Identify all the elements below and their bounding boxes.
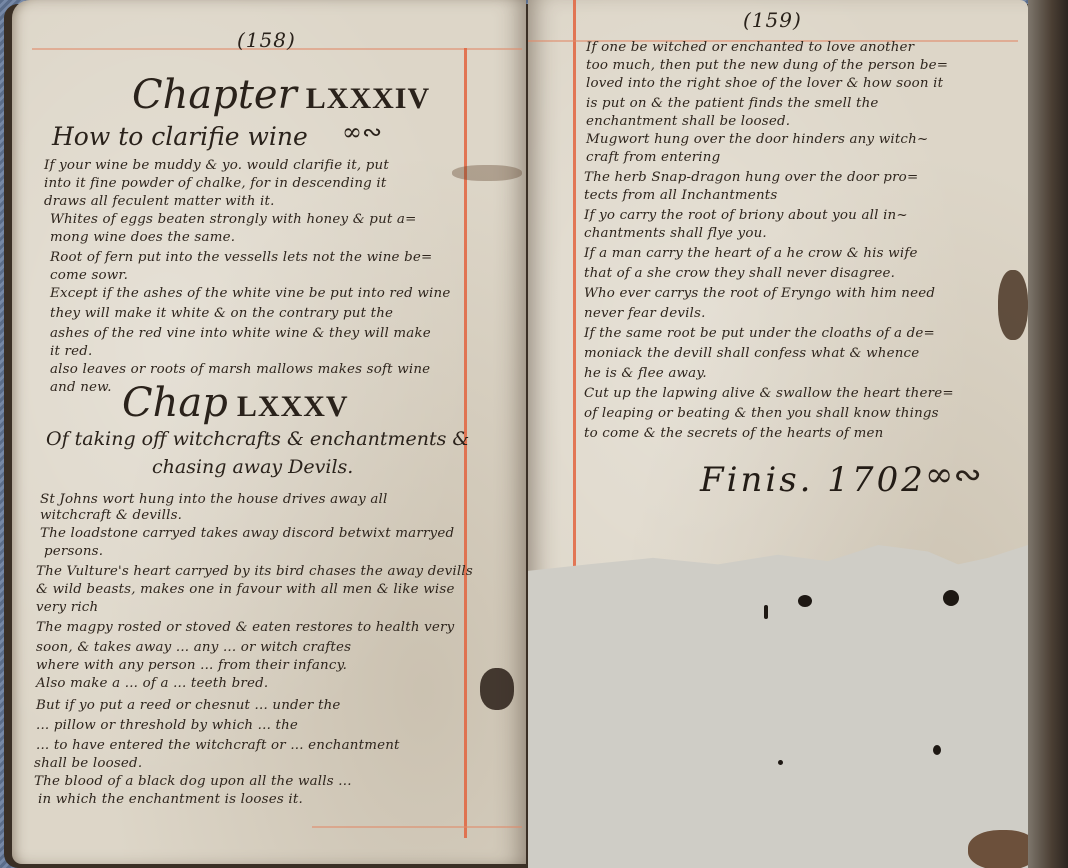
- ink-blot: [480, 668, 514, 710]
- left-margin-rule: [573, 0, 576, 570]
- page-number: (158): [237, 28, 296, 52]
- text-line: and new.: [50, 380, 112, 395]
- text-line: The Vulture's heart carryed by its bird …: [36, 564, 473, 579]
- text-line: come sowr.: [50, 268, 128, 283]
- chapter-numeral: LXXXIV: [306, 82, 430, 115]
- flourish-ornament-icon: ∞∾: [342, 118, 382, 146]
- water-stain: [452, 165, 522, 181]
- chapter-numeral: LXXXV: [237, 390, 349, 423]
- text-line: very rich: [36, 600, 98, 615]
- text-line: If a man carry the heart of a he crow & …: [584, 246, 918, 261]
- finis-closing: Finis. 1702: [700, 460, 926, 500]
- section-title: How to clarifie wine: [52, 122, 308, 151]
- text-line: moniack the devill shall confess what & …: [584, 346, 919, 361]
- text-line: into it fine powder of chalke, for in de…: [44, 176, 386, 191]
- text-line: he is & flee away.: [584, 366, 707, 381]
- text-line: that of a she crow they shall never disa…: [584, 266, 895, 281]
- section-title-line-2: chasing away Devils.: [152, 456, 353, 478]
- text-line: it red.: [50, 344, 92, 359]
- text-line: & wild beasts, makes one in favour with …: [36, 582, 455, 597]
- text-line: also leaves or roots of marsh mallows ma…: [50, 362, 430, 377]
- text-line: If one be witched or enchanted to love a…: [586, 40, 914, 55]
- chapter-heading-85: Chap LXXXV: [122, 380, 349, 426]
- text-line: loved into the right shoe of the lover &…: [586, 76, 943, 91]
- text-line: Except if the ashes of the white vine be…: [50, 286, 450, 301]
- bottom-margin-rule: [312, 826, 522, 828]
- text-line: If your wine be muddy & yo. would clarif…: [44, 158, 389, 173]
- text-line: is put on & the patient finds the smell …: [586, 96, 879, 111]
- text-line: too much, then put the new dung of the p…: [586, 58, 948, 73]
- text-line: craft from entering: [586, 150, 720, 165]
- text-line: Whites of eggs beaten strongly with hone…: [50, 212, 417, 227]
- text-line: St Johns wort hung into the house drives…: [40, 492, 388, 507]
- left-page: (158) Chapter LXXXIV How to clarifie win…: [12, 0, 526, 864]
- text-line: Also make a ... of a ... teeth bred.: [36, 676, 268, 691]
- text-line: enchantment shall be loosed.: [586, 114, 790, 129]
- text-line: never fear devils.: [584, 306, 706, 321]
- flourish-ornament-icon: ∞∾: [925, 455, 982, 495]
- text-line: persons.: [44, 544, 103, 559]
- text-line: Cut up the lapwing alive & swallow the h…: [584, 386, 954, 401]
- chapter-word: Chapter: [132, 72, 297, 118]
- chapter-word: Chap: [122, 380, 228, 426]
- edge-damage: [998, 270, 1028, 340]
- text-line: ... to have entered the witchcraft or ..…: [36, 738, 400, 753]
- text-line: of leaping or beating & then you shall k…: [584, 406, 939, 421]
- text-line: But if yo put a reed or chesnut ... unde…: [36, 698, 341, 713]
- text-line: ashes of the red vine into white wine & …: [50, 326, 431, 341]
- text-line: witchcraft & devills.: [40, 508, 182, 523]
- text-line: If yo carry the root of briony about you…: [584, 208, 908, 223]
- text-line: they will make it white & on the contrar…: [50, 306, 393, 321]
- ink-spot: [764, 605, 768, 619]
- text-line: draws all feculent matter with it.: [44, 194, 275, 209]
- page-number: (159): [743, 8, 802, 32]
- ink-spot: [933, 745, 941, 755]
- chapter-heading-84: Chapter LXXXIV: [132, 72, 430, 118]
- ink-spot: [943, 590, 959, 606]
- text-line: The loadstone carryed takes away discord…: [40, 526, 454, 541]
- book-fore-edge: [1028, 0, 1068, 868]
- text-line: The blood of a black dog upon all the wa…: [34, 774, 352, 789]
- torn-page-area: [528, 545, 1028, 868]
- text-line: The magpy rosted or stoved & eaten resto…: [36, 620, 454, 635]
- ink-spot: [778, 760, 783, 765]
- text-line: The herb Snap-dragon hung over the door …: [584, 170, 918, 185]
- text-line: Who ever carrys the root of Eryngo with …: [584, 286, 935, 301]
- text-line: in which the enchantment is looses it.: [38, 792, 303, 807]
- text-line: to come & the secrets of the hearts of m…: [584, 426, 883, 441]
- text-line: ... pillow or threshold by which ... the: [36, 718, 298, 733]
- text-line: where with any person ... from their inf…: [36, 658, 347, 673]
- text-line: chantments shall flye you.: [584, 226, 767, 241]
- text-line: tects from all Inchantments: [584, 188, 777, 203]
- text-line: shall be loosed.: [34, 756, 142, 771]
- text-line: If the same root be put under the cloath…: [584, 326, 935, 341]
- text-line: Root of fern put into the vessells lets …: [50, 250, 432, 265]
- ink-spot: [798, 595, 812, 607]
- text-line: mong wine does the same.: [50, 230, 235, 245]
- text-line: soon, & takes away ... any ... or witch …: [36, 640, 351, 655]
- section-title-line-1: Of taking off witchcrafts & enchantments…: [46, 428, 469, 450]
- text-line: Mugwort hung over the door hinders any w…: [586, 132, 928, 147]
